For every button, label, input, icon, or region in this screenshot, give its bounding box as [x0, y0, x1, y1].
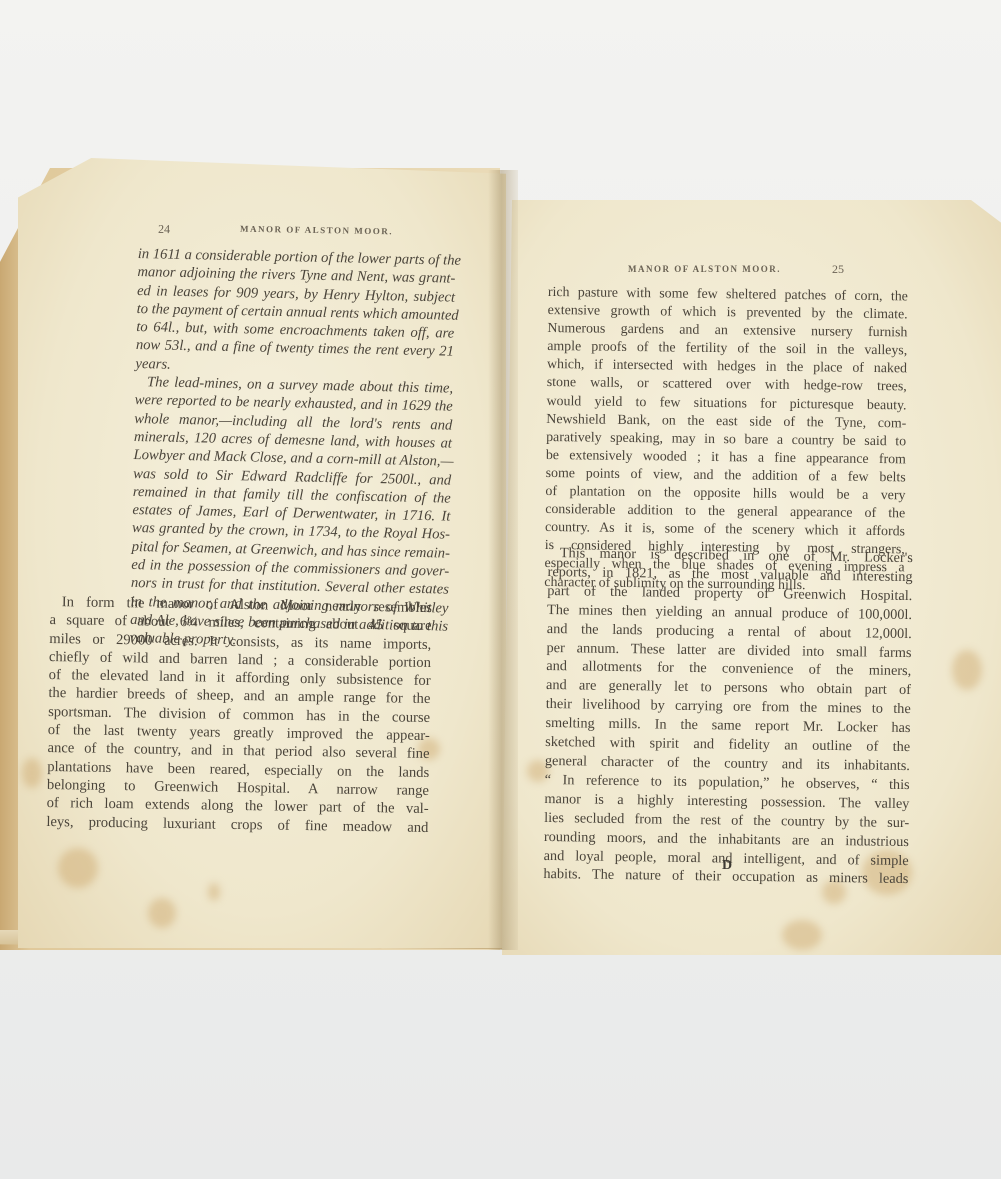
left-page-number: 24 — [158, 222, 170, 237]
left-page-text-upper: in 1611 a considerable portion of the lo… — [130, 245, 456, 654]
book-gutter — [488, 170, 518, 950]
right-running-head: MANOR OF ALSTON MOOR. — [628, 264, 781, 274]
open-book: 24 MANOR OF ALSTON MOOR. in 1611 a consi… — [0, 0, 1001, 1179]
right-page-text-lower: This manor is described in one of Mr. Lo… — [543, 544, 913, 889]
signature-mark: D — [722, 858, 732, 874]
left-page-text-lower: In form the manor of Alston Moor nearly … — [46, 593, 432, 837]
right-page-number: 25 — [832, 262, 844, 277]
